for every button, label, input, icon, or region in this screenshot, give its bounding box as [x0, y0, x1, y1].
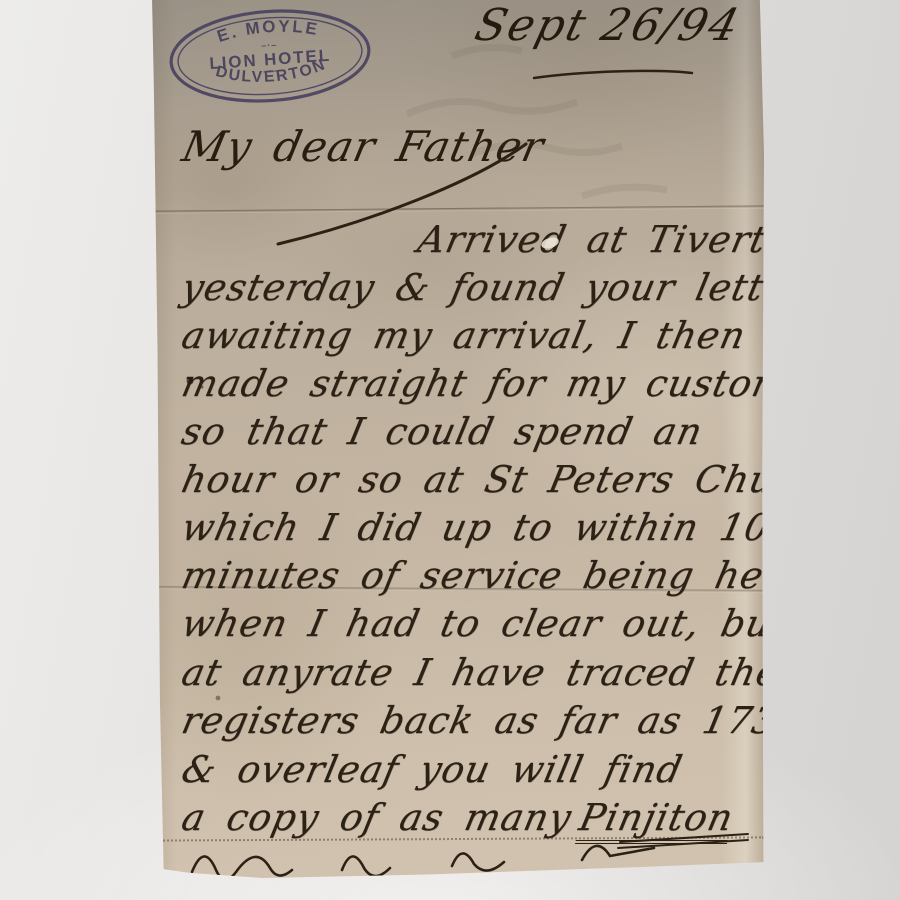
- letter-line-8: minutes of service being held: [178, 554, 764, 597]
- photo-of-handwritten-letter: E. MOYLE –·– LION HOTEL –·– DULVERTON Se…: [0, 0, 900, 900]
- letter-line-10: at anyrate I have traced the: [178, 651, 764, 694]
- letter-paper: E. MOYLE –·– LION HOTEL –·– DULVERTON Se…: [152, 0, 764, 878]
- letter-line-2: yesterday & found your letter: [178, 266, 764, 309]
- letter-line-12: & overleaf you will find: [178, 748, 687, 791]
- letter-line-3: awaiting my arrival, I then: [178, 314, 750, 357]
- date-underline-stroke: [534, 71, 692, 78]
- letter-line-13: a copy of as manyPinjiton: [178, 796, 738, 839]
- letter-line-13-prefix: a copy of as many: [178, 796, 576, 839]
- letter-line-5: so that I could spend an: [178, 410, 707, 453]
- underlined-surname: Pinjiton: [575, 796, 738, 844]
- hotel-letterhead-stamp: E. MOYLE –·– LION HOTEL –·– DULVERTON: [163, 1, 377, 111]
- letter-line-6: hour or so at St Peters Church: [178, 458, 764, 501]
- letter-line-7: which I did up to within 10: [178, 506, 764, 549]
- letter-line-4: made straight for my customer: [178, 362, 764, 405]
- fold-crease-top: [152, 205, 764, 213]
- handwritten-date: Sept 26/94: [470, 0, 746, 51]
- letter-line-11: registers back as far as 1733: [178, 699, 764, 742]
- letter-line-1: Arrived at Tiverton: [414, 218, 764, 261]
- salutation: My dear Father: [178, 122, 549, 171]
- letter-line-9: when I had to clear out, but: [178, 602, 764, 645]
